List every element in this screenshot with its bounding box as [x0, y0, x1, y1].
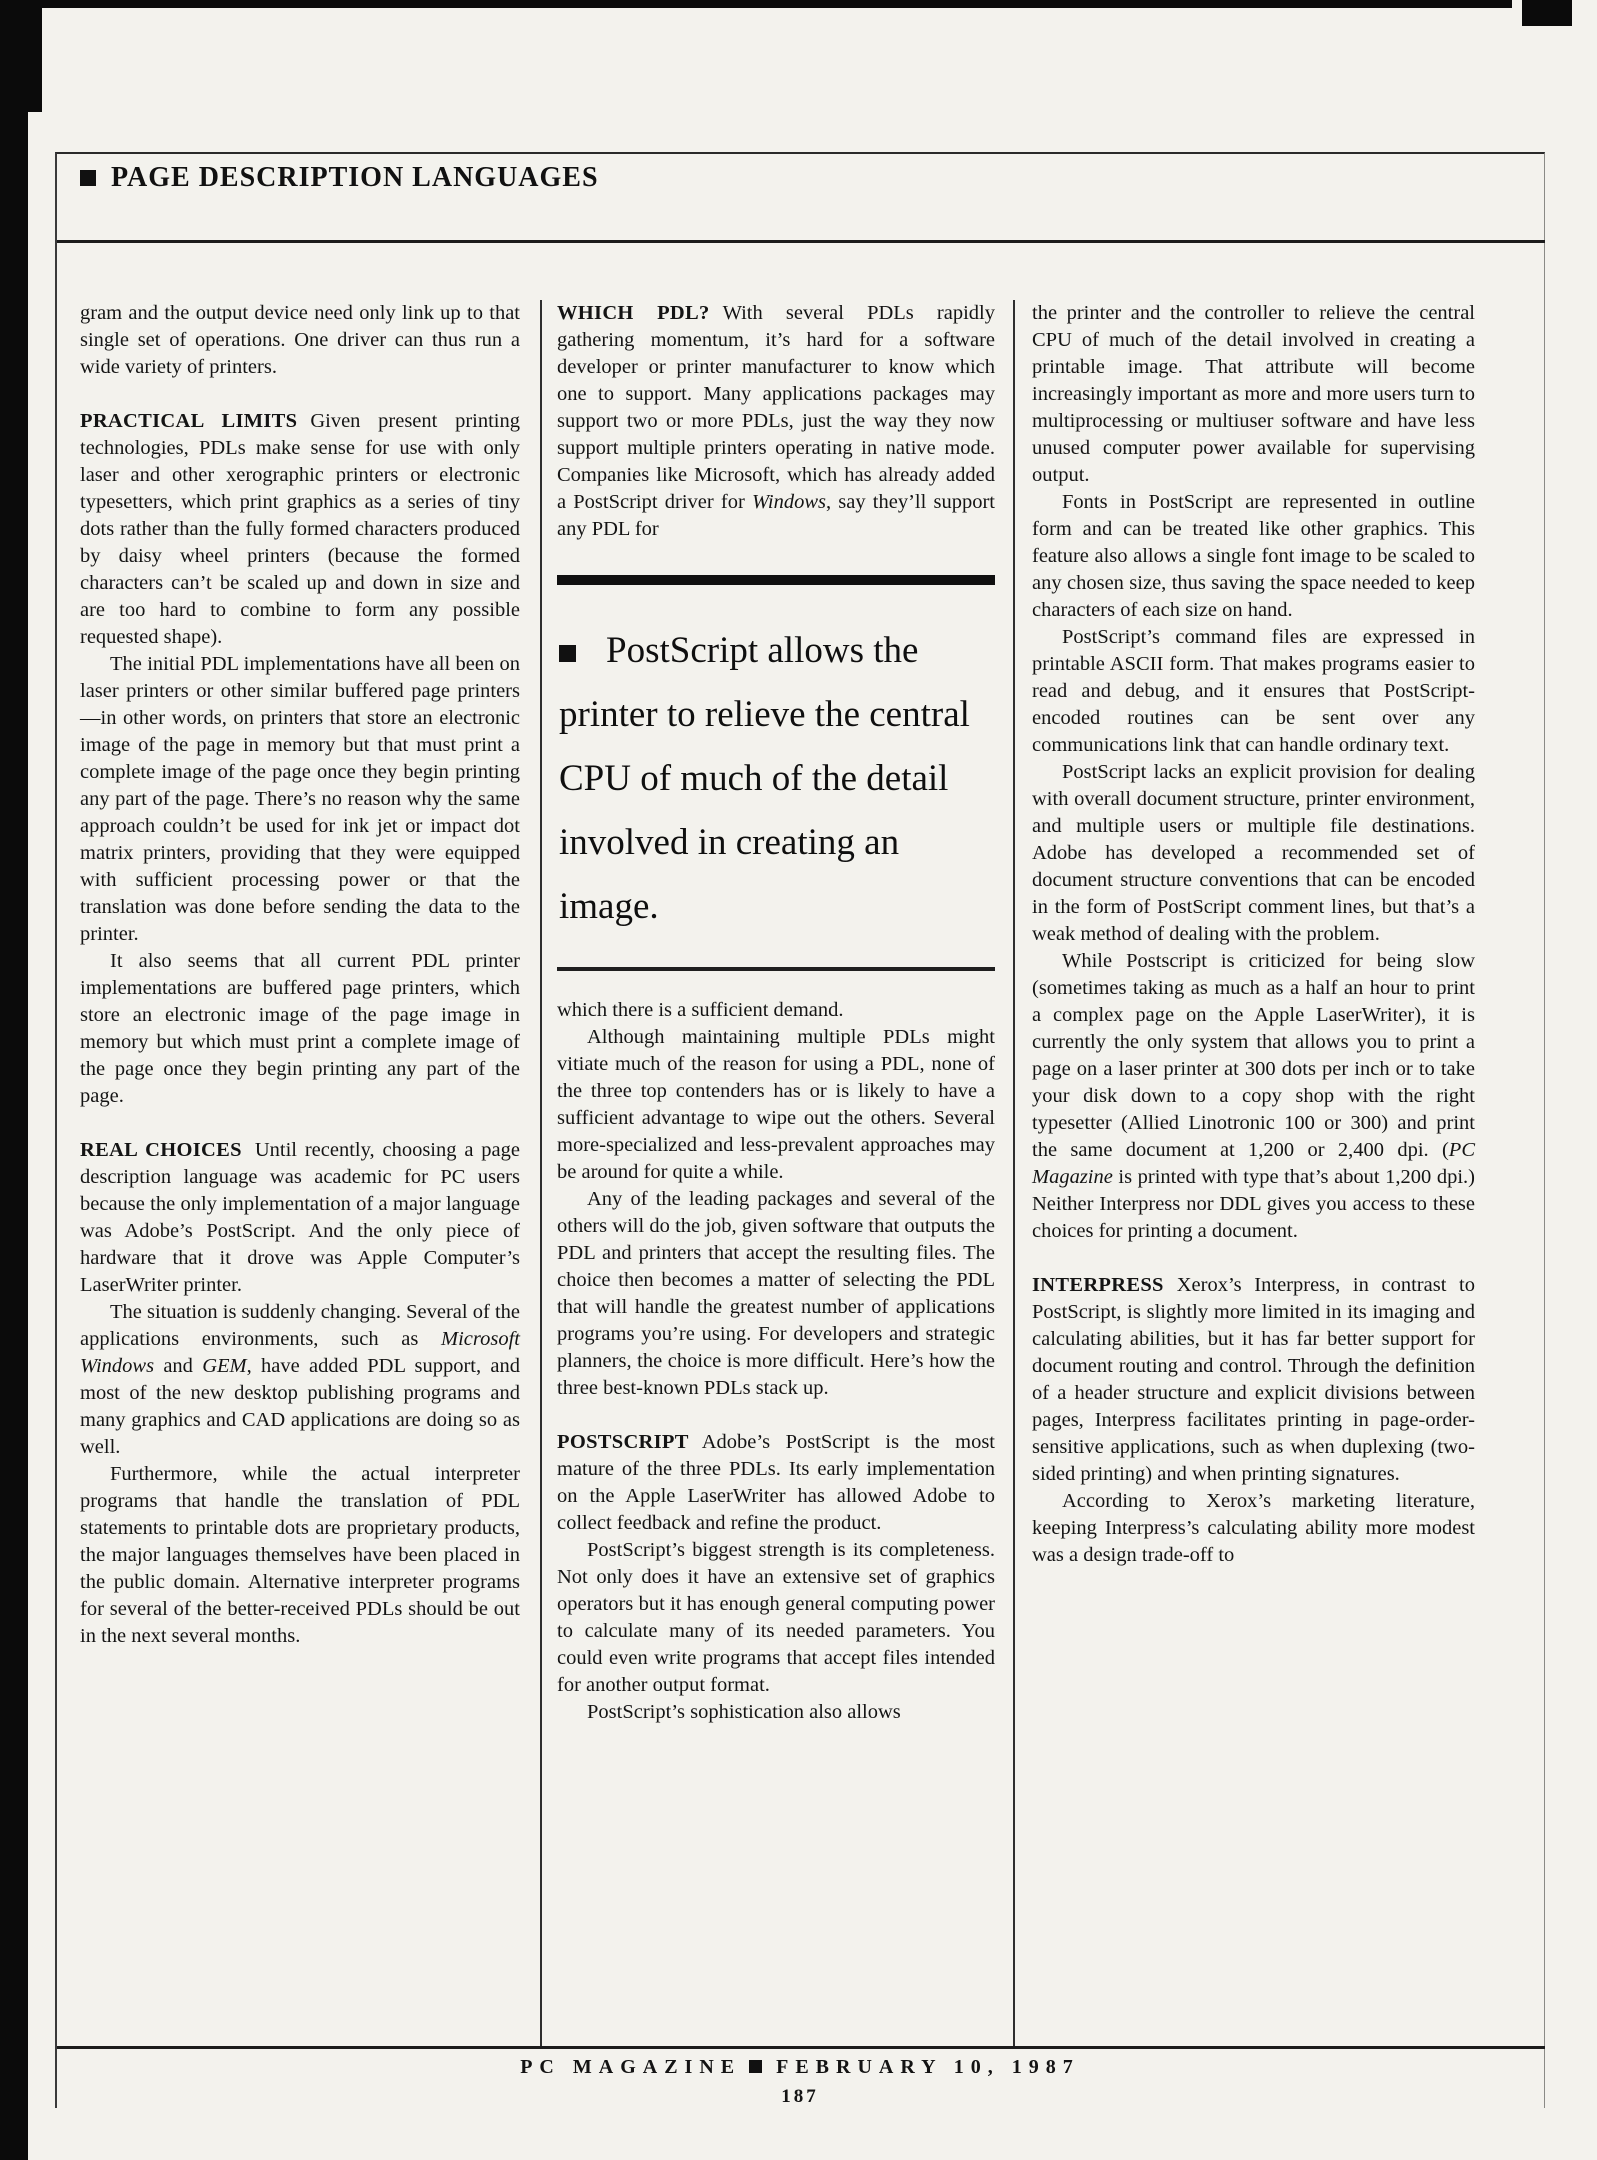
footer-magazine: PC MAGAZINE [520, 2056, 741, 2078]
run-in-heading: PRACTICAL LIMITS [80, 410, 310, 432]
paragraph: the printer and the controller to reliev… [1032, 300, 1475, 489]
paragraph: Although maintaining multiple PDLs might… [557, 1024, 995, 1186]
header-rule [57, 240, 1545, 243]
magazine-page: { "page": { "header": { "title": "PAGE D… [0, 0, 1597, 2160]
column-divider [1013, 300, 1015, 2046]
paragraph: PostScript’s sophistication also allows [557, 1699, 995, 1726]
column-1: gram and the output device need only lin… [80, 300, 520, 1650]
paragraph: PostScript lacks an explicit provision f… [1032, 759, 1475, 948]
column-3: the printer and the controller to reliev… [1032, 300, 1475, 1569]
paragraph: Furthermore, while the actual interprete… [80, 1461, 520, 1650]
scan-artifact-left-bar [0, 0, 28, 2160]
scan-artifact-top-bar [0, 0, 1512, 8]
run-in-heading: POSTSCRIPT [557, 1431, 702, 1453]
paragraph: REAL CHOICESUntil recently, choosing a p… [80, 1137, 520, 1299]
page-number: 187 [55, 2086, 1545, 2108]
square-bullet-icon [80, 170, 96, 186]
paragraph: Fonts in PostScript are represented in o… [1032, 489, 1475, 624]
pull-quote-rule-top [557, 575, 995, 585]
scan-artifact-top-left-block [0, 0, 42, 112]
paragraph: The initial PDL implementations have all… [80, 651, 520, 948]
paragraph: PostScript’s biggest strength is its com… [557, 1537, 995, 1699]
paragraph: PRACTICAL LIMITSGiven present printing t… [80, 408, 520, 651]
paragraph: The situation is suddenly changing. Seve… [80, 1299, 520, 1461]
footer: PC MAGAZINEFEBRUARY 10, 1987 [55, 2056, 1545, 2079]
column-2: WHICH PDL?With several PDLs rapidly gath… [557, 300, 995, 1726]
paragraph: While Postscript is criticized for being… [1032, 948, 1475, 1245]
footer-rule [57, 2046, 1545, 2049]
paragraph: POSTSCRIPTAdobe’s PostScript is the most… [557, 1429, 995, 1537]
section-header: PAGE DESCRIPTION LANGUAGES [80, 162, 599, 194]
paragraph: which there is a sufficient demand. [557, 997, 995, 1024]
paragraph: According to Xerox’s marketing literatur… [1032, 1488, 1475, 1569]
scan-artifact-top-right-block [1522, 0, 1572, 26]
paragraph: Any of the leading packages and several … [557, 1186, 995, 1402]
paragraph: WHICH PDL?With several PDLs rapidly gath… [557, 300, 995, 543]
pull-quote: PostScript allows the printer to relieve… [557, 585, 995, 967]
footer-bullet-icon [749, 2060, 762, 2073]
run-in-heading: INTERPRESS [1032, 1274, 1177, 1296]
square-bullet-icon [559, 645, 576, 662]
paragraph: It also seems that all current PDL print… [80, 948, 520, 1110]
pull-quote-rule-bottom [557, 967, 995, 971]
page-title: PAGE DESCRIPTION LANGUAGES [111, 162, 599, 194]
footer-date: FEBRUARY 10, 1987 [776, 2056, 1080, 2078]
paragraph: gram and the output device need only lin… [80, 300, 520, 381]
run-in-heading: REAL CHOICES [80, 1139, 255, 1161]
paragraph: INTERPRESSXerox’s Interpress, in contras… [1032, 1272, 1475, 1488]
run-in-heading: WHICH PDL? [557, 302, 723, 324]
column-divider [540, 300, 542, 2046]
paragraph: PostScript’s command files are expressed… [1032, 624, 1475, 759]
